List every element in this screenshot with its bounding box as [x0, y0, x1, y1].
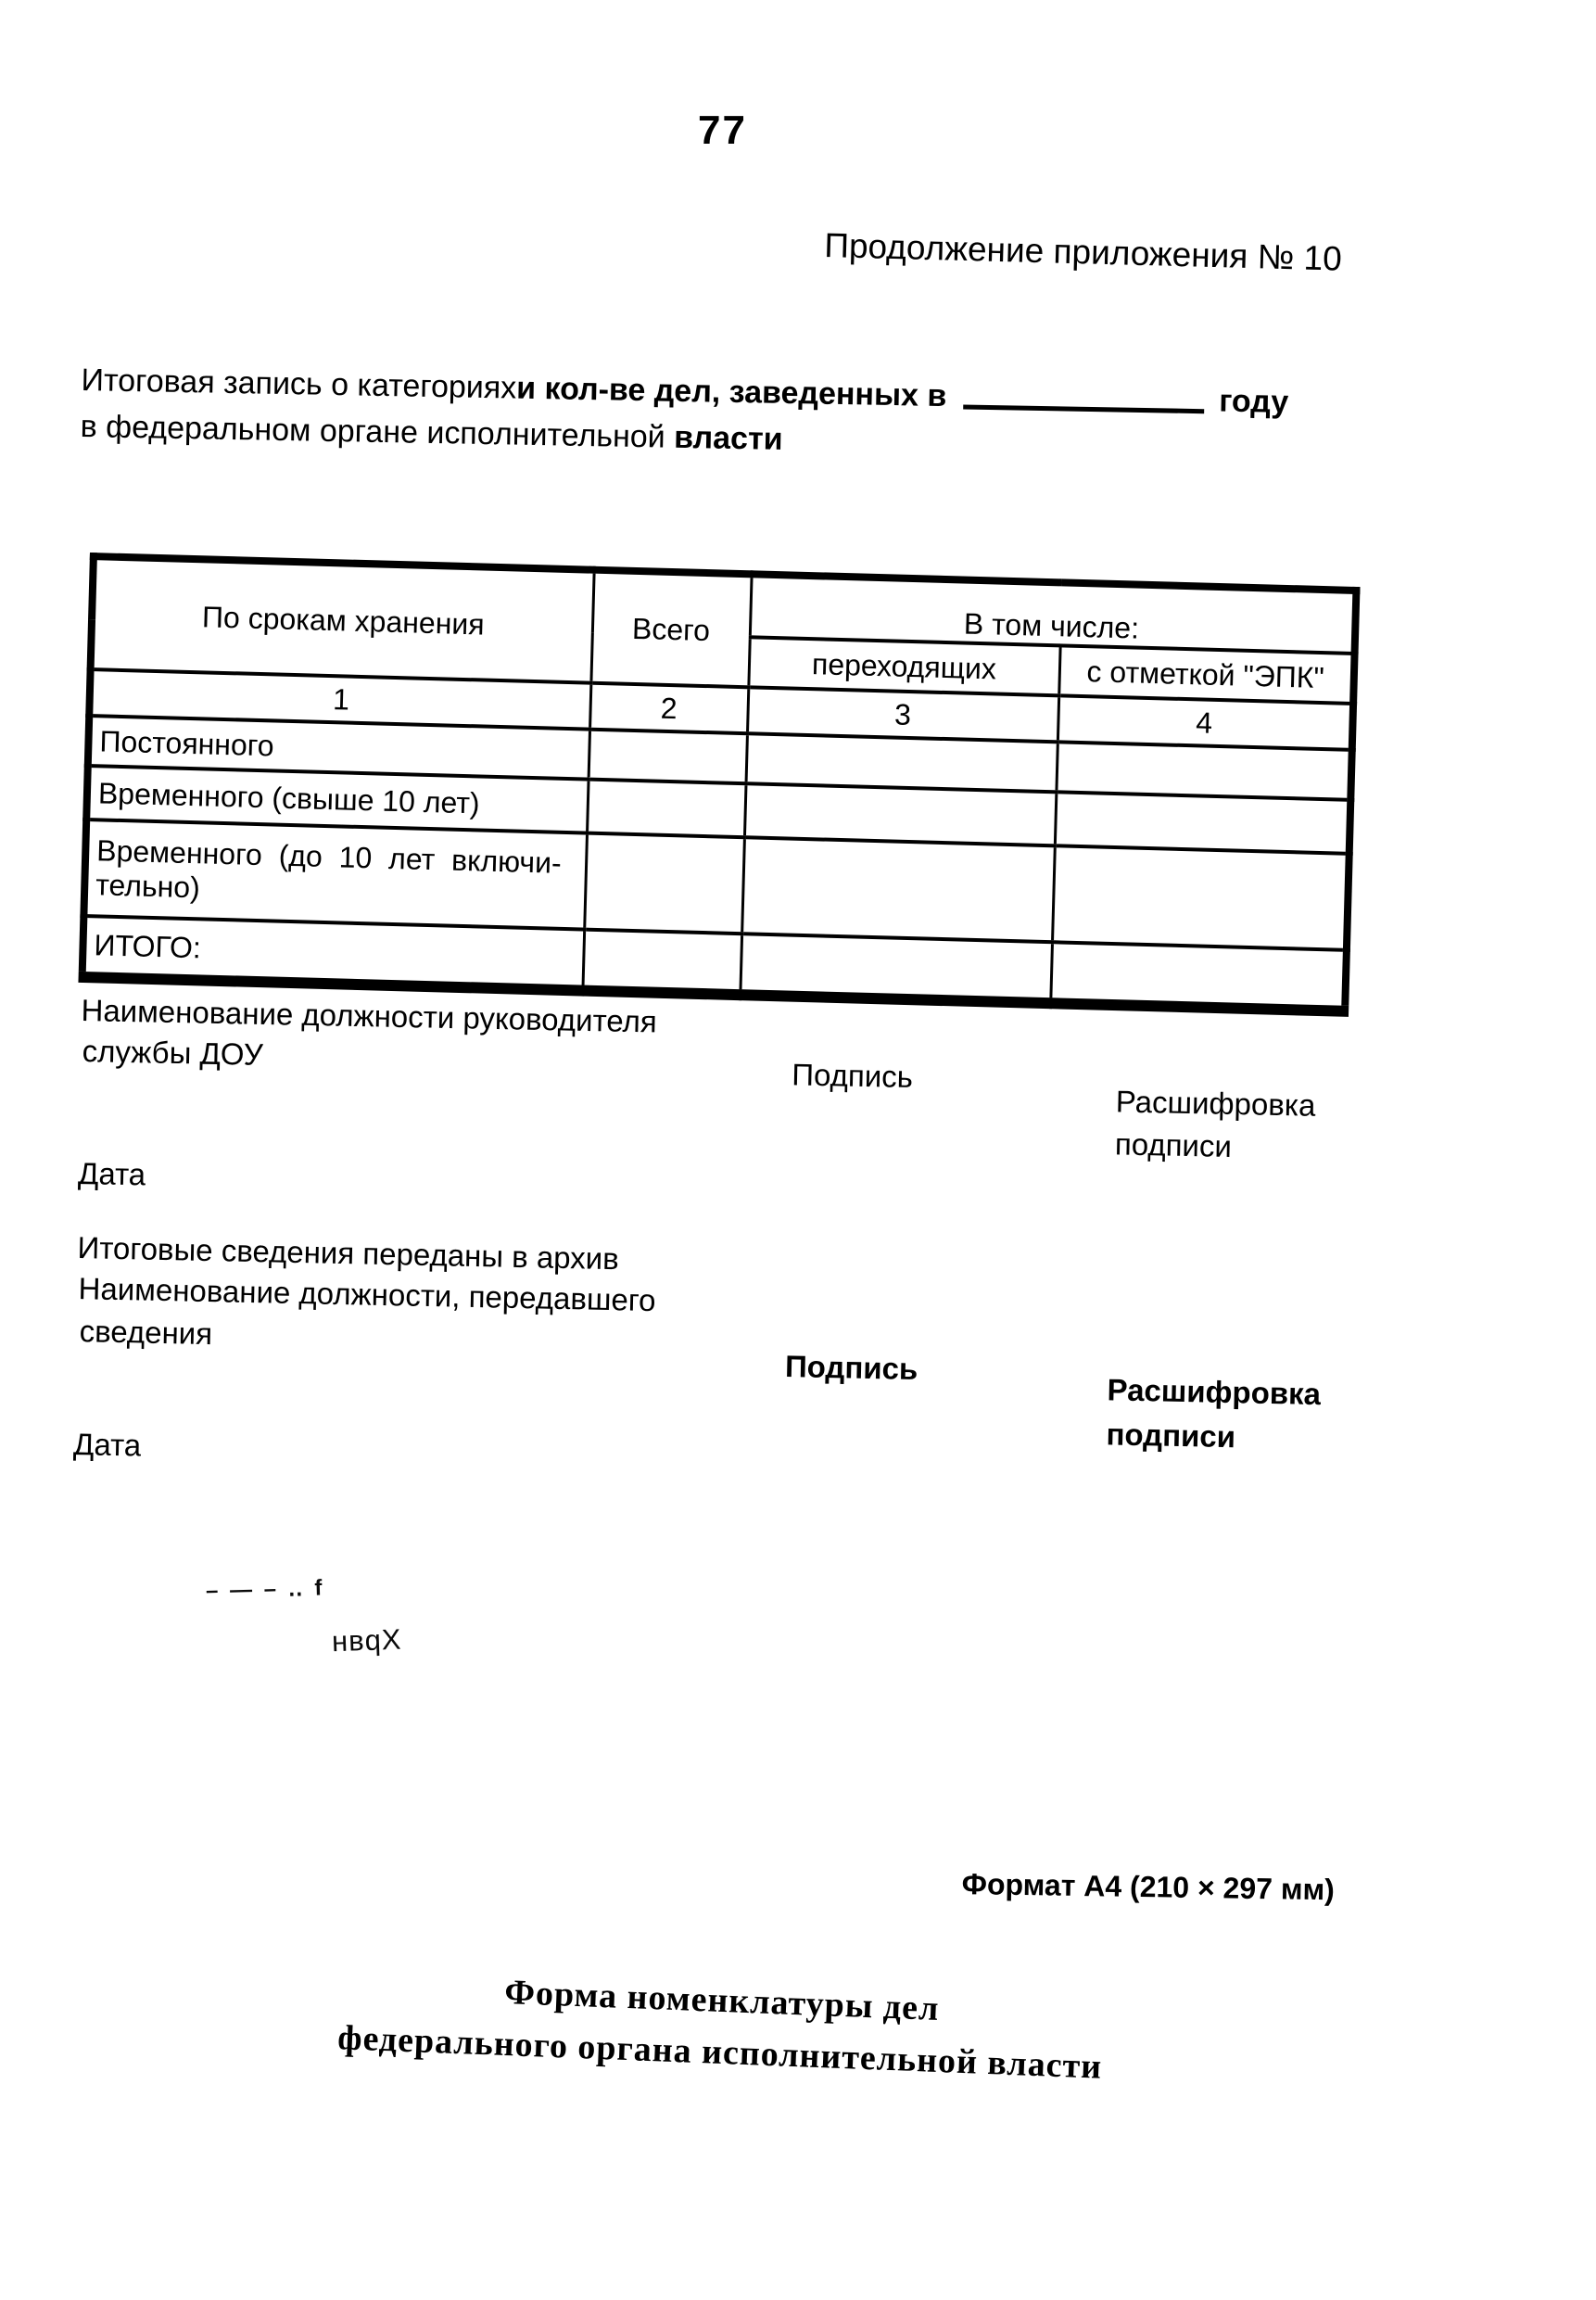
archive-transfer-note: Итоговые сведения переданы в архив	[77, 1229, 619, 1277]
table-cell	[1052, 845, 1349, 950]
row-label-temporary-under-10: Временного (до 10 лет включи- тельно)	[83, 820, 587, 930]
col1-header-cell: По срокам хранения	[91, 556, 594, 683]
date-label: Дата	[78, 1155, 146, 1193]
transcript-label: подписи	[1115, 1125, 1233, 1165]
table-cell	[746, 733, 1058, 792]
page-number: 77	[698, 108, 747, 154]
col-number-4: 4	[1058, 695, 1353, 750]
transcript-label: подписи	[1106, 1416, 1235, 1455]
table-cell	[584, 833, 744, 934]
col3-header-cell: переходящих	[748, 637, 1059, 695]
col4-header-cell: с отметкой "ЭПК"	[1058, 645, 1354, 704]
transcript-label: Расшифровка	[1115, 1083, 1315, 1124]
table-cell	[1050, 942, 1347, 1011]
bleedthrough-dash-artifact: – — – ‥ f	[206, 1574, 325, 1604]
col2-header-cell: Всего	[590, 570, 751, 688]
case-categories-table: По срокам хранения Всего В том числе: пе…	[78, 553, 1360, 1017]
transcript-label: Расшифровка	[1107, 1371, 1321, 1413]
year-word: году	[1219, 381, 1289, 423]
table-cell	[1056, 742, 1351, 800]
signature-label: Подпись	[785, 1348, 918, 1388]
table-cell	[582, 930, 741, 996]
role-title-line: Наименование должности, передавшего	[78, 1270, 656, 1319]
row-label-total: ИТОГО:	[82, 916, 585, 991]
head-of-records-signature-block: Наименование должности руководителя служ…	[77, 992, 1378, 1231]
archive-transfer-signature-block: Итоговые сведения переданы в архив Наиме…	[71, 1229, 1374, 1497]
summary-record-paragraph: Итоговая запись о категориях и кол-ве де…	[80, 360, 1380, 471]
intro-line1-bold-text: и кол-ве дел, заведенных в	[516, 368, 947, 416]
role-title-line: сведения	[79, 1313, 212, 1353]
table-cell	[1055, 792, 1350, 854]
col-number-2: 2	[589, 683, 748, 734]
scanned-document-page: 77 Продолжение приложения № 10 Итоговая …	[0, 0, 1596, 2300]
table-cell	[740, 934, 1052, 1003]
table-cell	[741, 837, 1055, 942]
role-title-line: Наименование должности руководителя	[81, 992, 657, 1040]
year-blank-line	[963, 397, 1204, 413]
paper-format-note: Формат А4 (210 × 297 мм)	[961, 1867, 1335, 1907]
table-cell	[589, 730, 747, 784]
intro-line2-bold-text: власти	[674, 420, 783, 457]
intro-line1-text: Итоговая запись о категориях	[81, 360, 516, 409]
appendix-continuation-header: Продолжение приложения № 10	[824, 226, 1342, 279]
col-number-3: 3	[747, 687, 1058, 742]
bleedthrough-mirror-text-artifact: нвqХ	[331, 1623, 402, 1659]
signature-label: Подпись	[792, 1056, 913, 1096]
table-cell	[587, 780, 746, 838]
intro-line2-text: в федеральном органе исполнительной	[80, 409, 674, 455]
table-cell	[744, 783, 1056, 845]
date-label: Дата	[73, 1426, 142, 1465]
role-title-line: службы ДОУ	[82, 1033, 263, 1074]
next-form-title: Форма номенклатуры дел федерального орга…	[256, 1957, 1186, 2096]
